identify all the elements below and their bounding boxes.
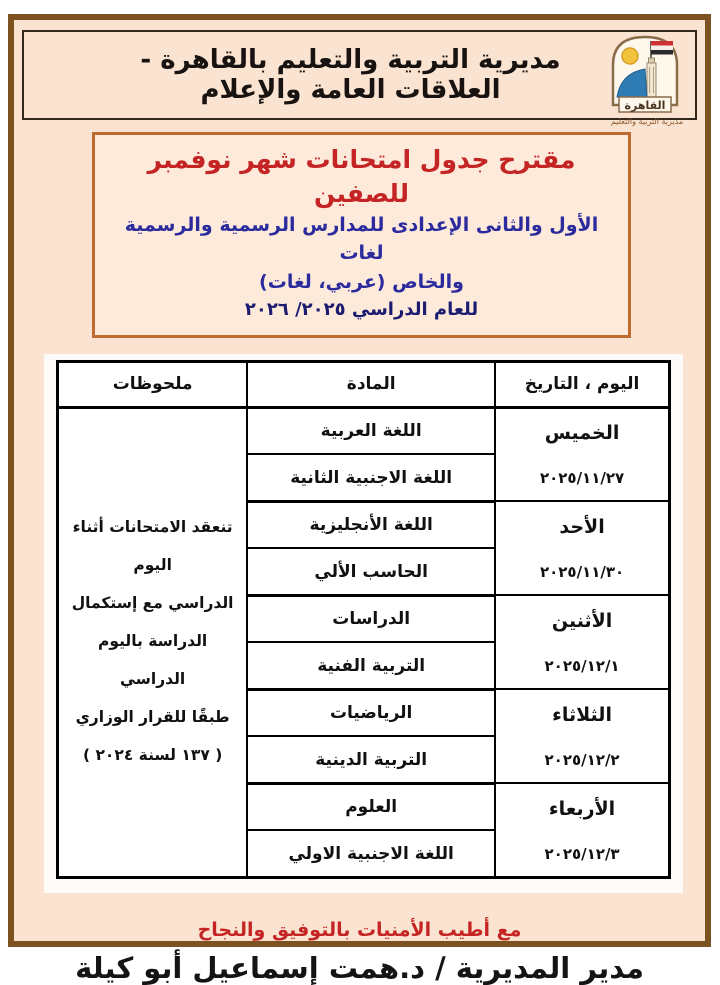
subject-cell: اللغة الاجنبية الثانية: [247, 454, 495, 501]
subject-cell: الرياضيات: [247, 689, 495, 736]
day-cell-sunday: الأحد ٢٠٢٥/١١/٣٠: [495, 501, 669, 595]
day-name: الثلاثاء: [552, 704, 612, 726]
day-name: الأربعاء: [549, 798, 615, 820]
notes-cell: تنعقد الامتحانات أثناء اليوم الدراسي مع …: [58, 407, 248, 877]
day-date: ٢٠٢٥/١٢/٣: [545, 845, 620, 863]
page-frame: القاهرة مديرية التربية والتعليم مديرية ا…: [8, 14, 711, 947]
table-header-row: اليوم ، التاريخ المادة ملحوظات: [58, 361, 670, 407]
logo-cairo-tower-icon: [647, 58, 656, 97]
logo-sun-icon: [622, 48, 638, 64]
day-date: ٢٠٢٥/١١/٢٧: [540, 469, 624, 487]
day-date: ٢٠٢٥/١٢/٢: [545, 751, 620, 769]
subject-cell: اللغة الأنجليزية: [247, 501, 495, 548]
day-date: ٢٠٢٥/١١/٣٠: [540, 563, 624, 581]
logo-city-label: القاهرة: [625, 99, 666, 112]
column-header-subject: المادة: [247, 361, 495, 407]
subject-cell: التربية الدينية: [247, 736, 495, 783]
director-signature-text: مدير المديرية / د.همت إسماعيل أبو كيلة: [14, 951, 705, 960]
day-cell-thursday: الخميس ٢٠٢٥/١١/٢٧: [495, 407, 669, 501]
schedule-table-panel: اليوم ، التاريخ المادة ملحوظات الخميس ٢٠…: [44, 354, 683, 893]
table-row: الخميس ٢٠٢٥/١١/٢٧ اللغة العربية تنعقد ال…: [58, 407, 670, 454]
header: القاهرة مديرية التربية والتعليم مديرية ا…: [22, 30, 697, 120]
directorate-logo: القاهرة مديرية التربية والتعليم: [603, 31, 691, 127]
subject-cell: العلوم: [247, 783, 495, 830]
day-cell-wednesday: الأربعاء ٢٠٢٥/١٢/٣: [495, 783, 669, 877]
announcement-main-title: مقترح جدول امتحانات شهر نوفمبر للصفين: [101, 143, 622, 211]
day-name: الأثنين: [552, 610, 612, 632]
announcement-subtitle-2: والخاص (عربي، لغات): [101, 268, 622, 297]
subject-cell: الدراسات: [247, 595, 495, 642]
subject-cell: اللغة العربية: [247, 407, 495, 454]
day-name: الأحد: [559, 516, 604, 538]
logo-subtitle-label: مديرية التربية والتعليم: [611, 117, 683, 126]
exam-schedule-table: اليوم ، التاريخ المادة ملحوظات الخميس ٢٠…: [56, 360, 671, 879]
announcement-subtitle-1: الأول والثانى الإعدادى للمدارس الرسمية و…: [101, 211, 622, 268]
day-name: الخميس: [545, 422, 620, 444]
page-title: مديرية التربية والتعليم بالقاهرة - العلا…: [28, 45, 603, 105]
subject-cell: التربية الفنية: [247, 642, 495, 689]
column-header-notes: ملحوظات: [58, 361, 248, 407]
day-cell-tuesday: الثلاثاء ٢٠٢٥/١٢/٢: [495, 689, 669, 783]
footer-wishes-text: مع أطيب الأمنيات بالتوفيق والنجاح: [14, 919, 705, 941]
subject-cell: اللغة الاجنبية الاولي: [247, 830, 495, 877]
academic-year-line: للعام الدراسي ٢٠٢٥/ ٢٠٢٦: [101, 296, 622, 325]
subject-cell: الحاسب الألي: [247, 548, 495, 595]
cairo-directorate-logo-icon: القاهرة مديرية التربية والتعليم: [603, 31, 691, 127]
day-cell-monday: الأثنين ٢٠٢٥/١٢/١: [495, 595, 669, 689]
logo-egypt-flag-icon: [651, 41, 673, 55]
announcement-title-box: مقترح جدول امتحانات شهر نوفمبر للصفين ال…: [92, 132, 631, 338]
column-header-day-date: اليوم ، التاريخ: [495, 361, 669, 407]
day-date: ٢٠٢٥/١٢/١: [545, 657, 620, 675]
